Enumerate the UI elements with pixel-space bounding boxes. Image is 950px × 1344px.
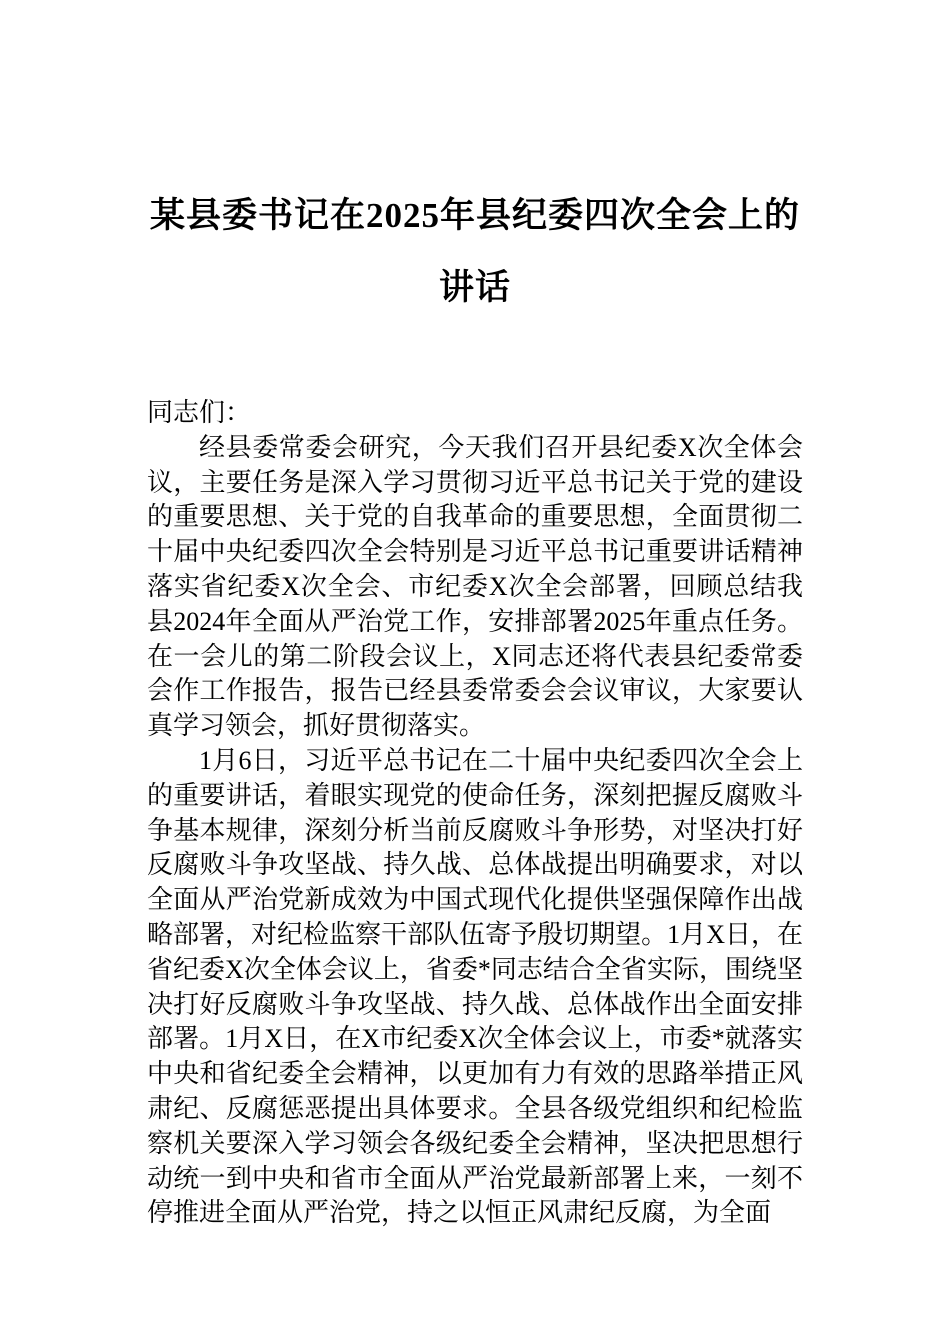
document-body: 同志们： 经县委常委会研究，今天我们召开县纪委X次全体会议，主要任务是深入学习贯… [147, 396, 803, 1231]
paragraph-2: 1月6日，习近平总书记在二十届中央纪委四次全会上的重要讲话，着眼实现党的使命任务… [147, 744, 803, 1231]
document-page: 某县委书记在2025年县纪委四次全会上的 讲话 同志们： 经县委常委会研究，今天… [0, 0, 950, 1344]
title-line-2: 讲话 [147, 252, 803, 324]
document-title: 某县委书记在2025年县纪委四次全会上的 讲话 [147, 180, 803, 324]
paragraph-1: 经县委常委会研究，今天我们召开县纪委X次全体会议，主要任务是深入学习贯彻习近平总… [147, 431, 803, 744]
title-line-1: 某县委书记在2025年县纪委四次全会上的 [147, 180, 803, 252]
salutation: 同志们： [147, 396, 803, 431]
